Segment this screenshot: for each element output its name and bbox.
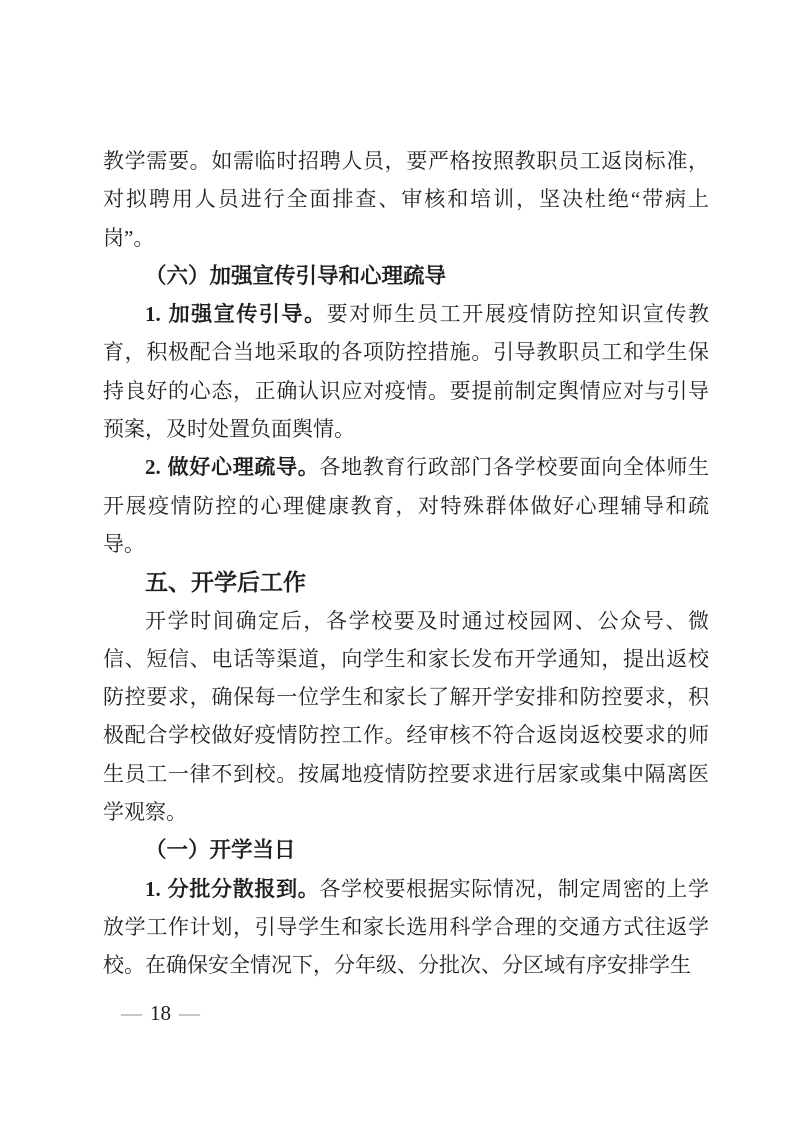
document-page: 教学需要。如需临时招聘人员，要严格按照教职员工返岗标准，对拟聘用人员进行全面排查… (0, 0, 793, 1122)
heading-text: 五、开学后工作 (145, 569, 306, 595)
subsection-heading-six: （六）加强宣传引导和心理疏导 (103, 257, 709, 295)
document-body: 教学需要。如需临时招聘人员，要严格按照教职员工返岗标准，对拟聘用人员进行全面排查… (103, 142, 709, 985)
body-paragraph-opening: 开学时间确定后，各学校要及时通过校园网、公众号、微信、短信、电话等渠道，向学生和… (103, 602, 709, 832)
subsection-heading-one: （一）开学当日 (103, 831, 709, 869)
footer-dash-right: — (179, 1001, 200, 1025)
page-footer: —18— (121, 1001, 200, 1026)
paragraph-lead: 加强宣传引导。 (167, 302, 327, 326)
heading-text: （一）开学当日 (145, 838, 296, 862)
paragraph-text: 开学时间确定后，各学校要及时通过校园网、公众号、微信、短信、电话等渠道，向学生和… (103, 609, 709, 824)
list-number: 1. (145, 870, 167, 908)
paragraph-lead: 分批分散报到。 (167, 877, 319, 901)
paragraph-text: 教学需要。如需临时招聘人员，要严格按照教职员工返岗标准，对拟聘用人员进行全面排查… (103, 149, 709, 250)
heading-text: （六）加强宣传引导和心理疏导 (145, 264, 446, 288)
page-number: 18 (150, 1001, 171, 1025)
numbered-paragraph-2: 2.做好心理疏导。各地教育行政部门各学校要面向全体师生开展疫情防控的心理健康教育… (103, 448, 709, 563)
list-number: 2. (145, 448, 167, 486)
numbered-paragraph-3: 1.分批分散报到。各学校要根据实际情况，制定周密的上学放学工作计划，引导学生和家… (103, 870, 709, 985)
list-number: 1. (145, 295, 167, 333)
continuation-paragraph: 教学需要。如需临时招聘人员，要严格按照教职员工返岗标准，对拟聘用人员进行全面排查… (103, 142, 709, 257)
numbered-paragraph-1: 1.加强宣传引导。要对师生员工开展疫情防控知识宣传教育，积极配合当地采取的各项防… (103, 295, 709, 448)
footer-dash-left: — (121, 1001, 142, 1025)
chapter-heading-five: 五、开学后工作 (103, 563, 709, 601)
paragraph-lead: 做好心理疏导。 (167, 455, 319, 479)
